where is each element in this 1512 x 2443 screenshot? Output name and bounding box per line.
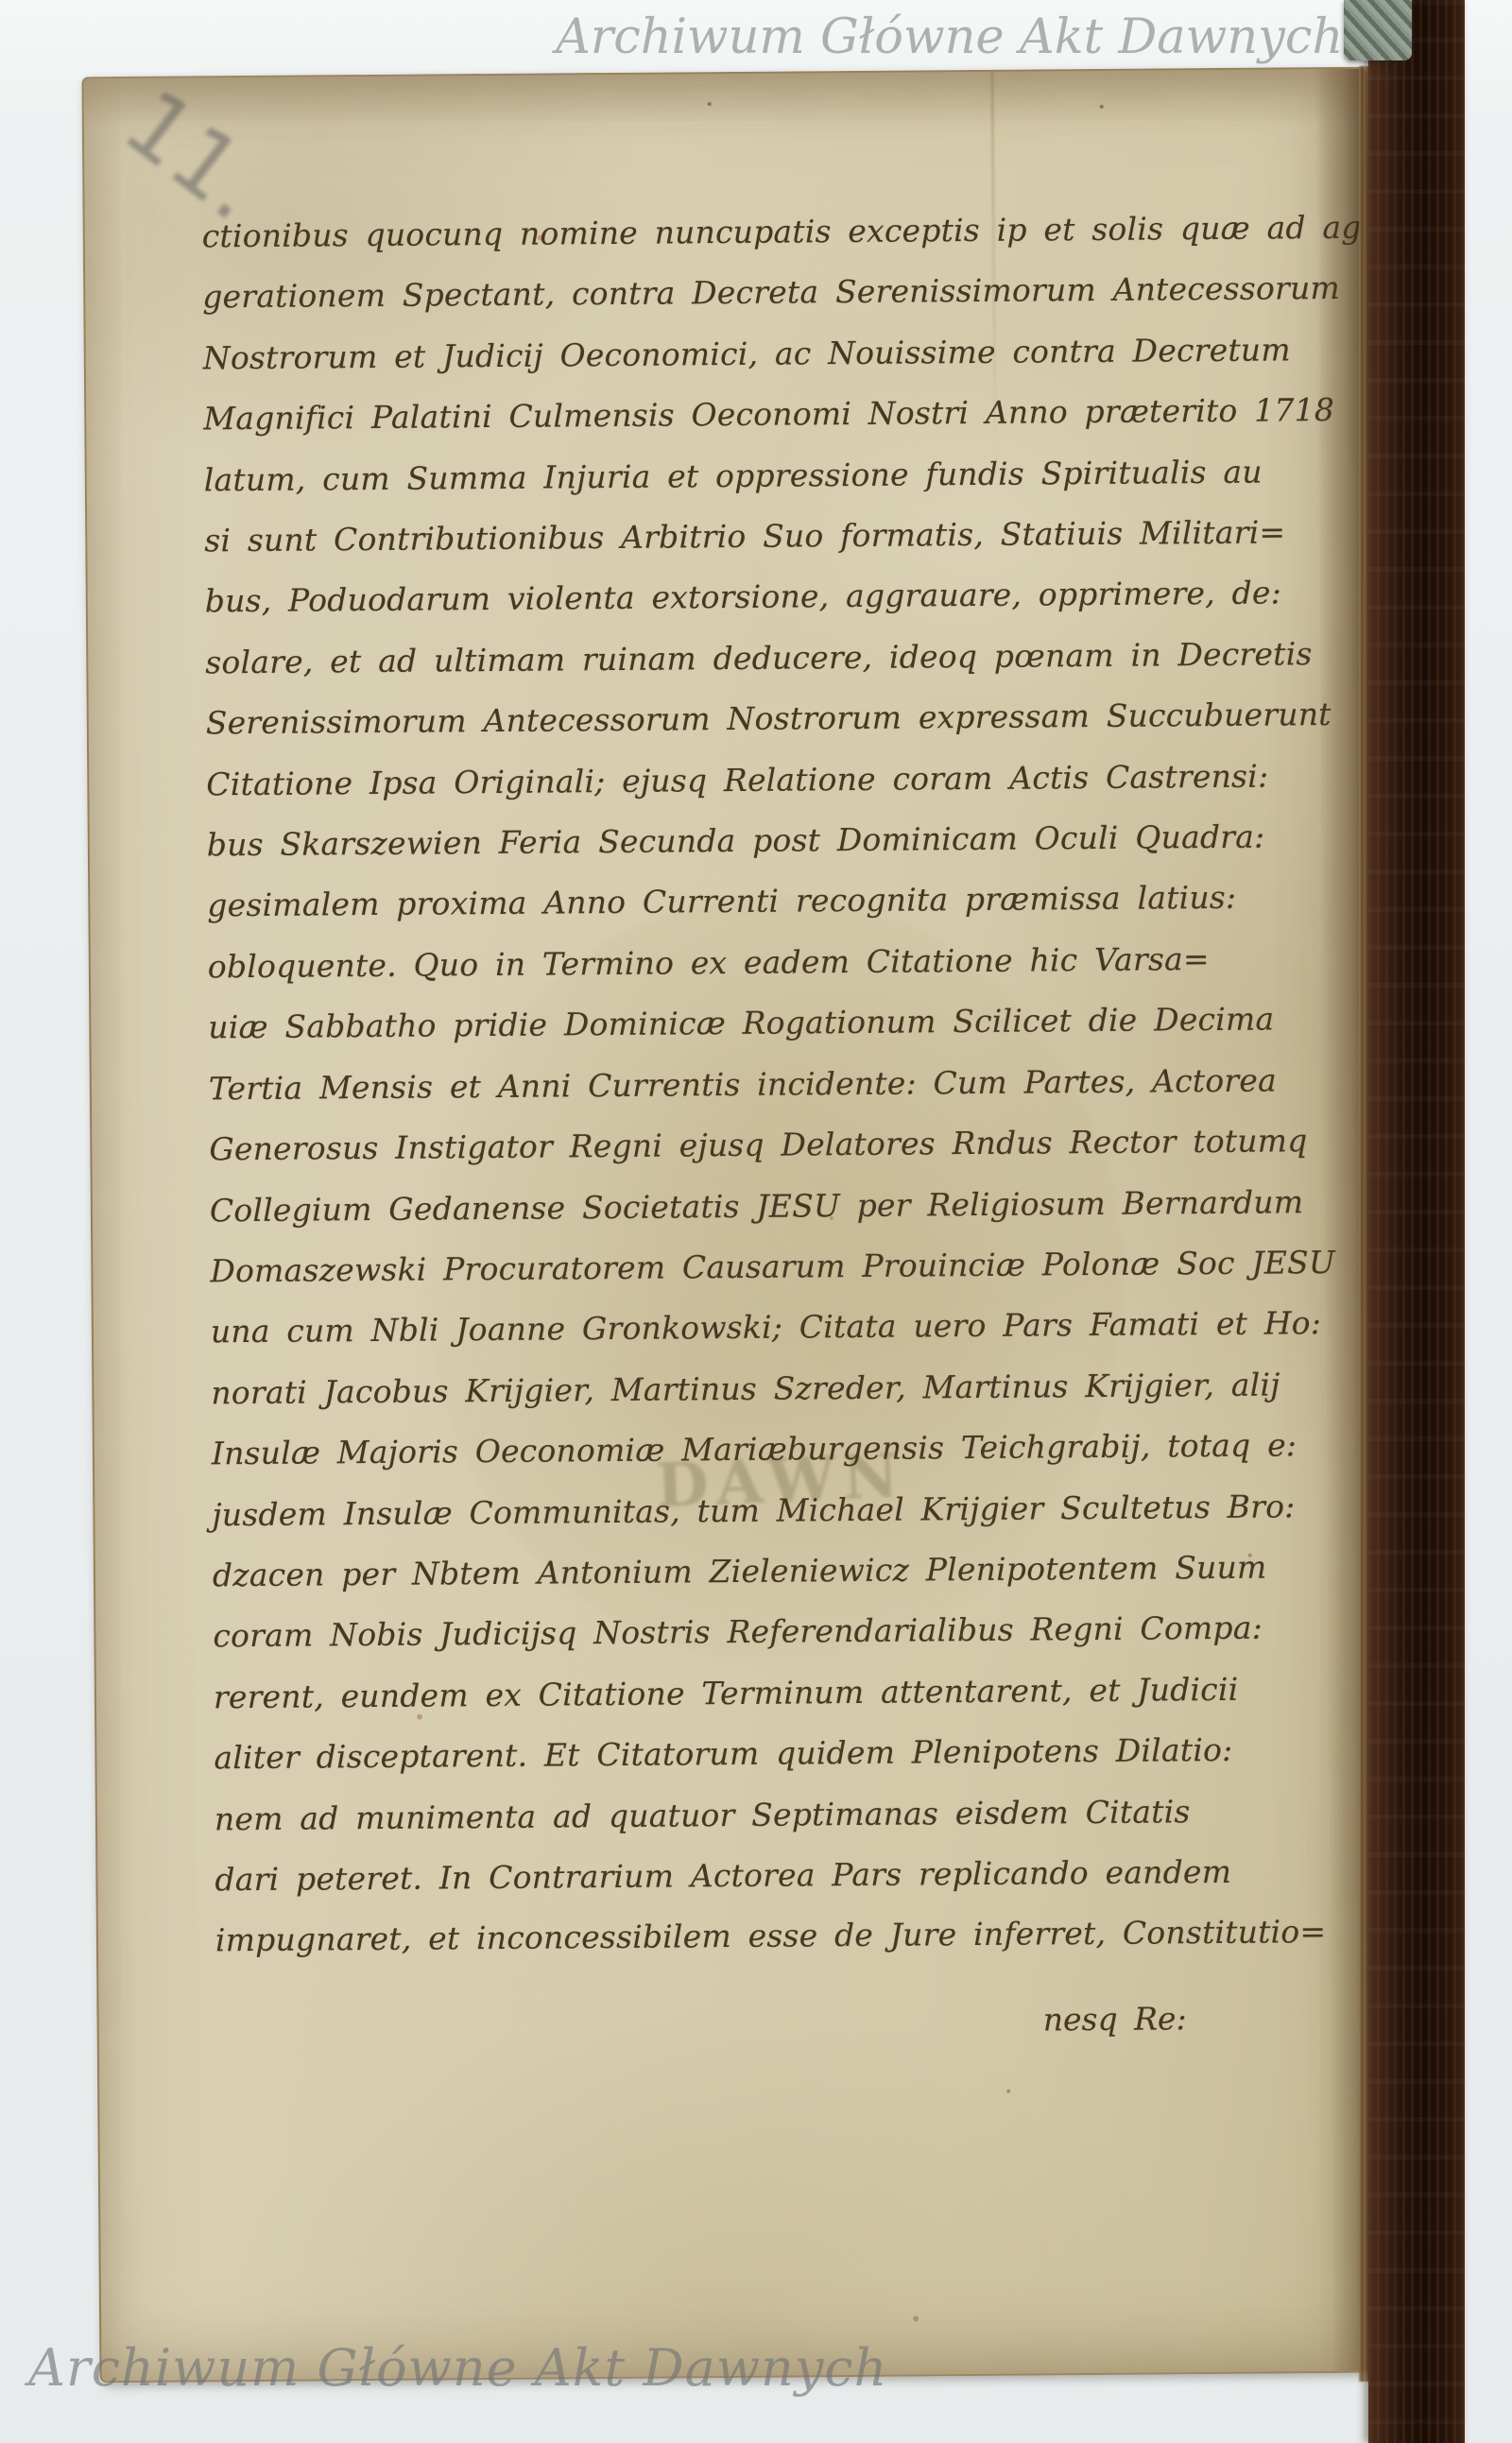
catchword: nesq Re:: [1043, 2000, 1187, 2038]
manuscript-line: gesimalem proxima Anno Currenti recognit…: [207, 867, 1350, 937]
manuscript-line: bus, Poduodarum violenta extorsione, agg…: [205, 562, 1349, 632]
manuscript-line: Generosus Instigator Regni ejusq Delator…: [209, 1110, 1352, 1180]
manuscript-line: obloquente. Quo in Termino ex eadem Cita…: [208, 928, 1351, 998]
manuscript-line: dzacen per Nbtem Antonium Zieleniewicz P…: [213, 1537, 1356, 1607]
manuscript-line: ctionibus quocunq nomine nuncupatis exce…: [202, 198, 1346, 267]
manuscript-line: Citatione Ipsa Originali; ejusq Relation…: [206, 746, 1349, 816]
manuscript-line: Magnifici Palatini Culmensis Oeconomi No…: [203, 380, 1347, 450]
manuscript-line: jusdem Insulæ Communitas, tum Michael Kr…: [212, 1475, 1355, 1545]
manuscript-line: una cum Nbli Joanne Gronkowski; Citata u…: [211, 1293, 1354, 1363]
scanned-archive-document: Archiwum Główne Akt Dawnych DAWN 11. cti…: [0, 0, 1512, 2443]
manuscript-line: Insulæ Majoris Oeconomiæ Mariæburgensis …: [212, 1415, 1355, 1485]
manuscript-line: Tertia Mensis et Anni Currentis incident…: [209, 1050, 1352, 1120]
manuscript-line: gerationem Spectant, contra Decreta Sere…: [202, 258, 1346, 328]
manuscript-line: Domaszewski Procuratorem Causarum Prouin…: [210, 1232, 1353, 1302]
manuscript-line: rerent, eundem ex Citatione Terminum att…: [214, 1659, 1357, 1729]
manuscript-line: bus Skarszewien Feria Secunda post Domin…: [207, 806, 1350, 876]
manuscript-line: si sunt Contributionibus Arbitrio Suo fo…: [204, 502, 1348, 572]
manuscript-line: aliter disceptarent. Et Citatorum quidem…: [214, 1719, 1357, 1789]
archive-watermark-top: Archiwum Główne Akt Dawnych: [556, 9, 1343, 65]
manuscript-line: impugnaret, et inconcessibilem esse de J…: [215, 1901, 1359, 1971]
manuscript-line: Nostrorum et Judicij Oeconomici, ac Noui…: [203, 319, 1347, 389]
manuscript-text-block: ctionibus quocunq nomine nuncupatis exce…: [202, 198, 1360, 1971]
manuscript-line: norati Jacobus Krijgier, Martinus Szrede…: [211, 1354, 1354, 1424]
paper-specks: [708, 102, 712, 106]
manuscript-line: latum, cum Summa Injuria et oppressione …: [204, 440, 1348, 510]
manuscript-line: dari peteret. In Contrarium Actorea Pars…: [215, 1841, 1358, 1911]
manuscript-line: solare, et ad ultimam ruinam deducere, i…: [205, 624, 1349, 694]
manuscript-line: nem ad munimenta ad quatuor Septimanas e…: [215, 1780, 1358, 1849]
manuscript-line: coram Nobis Judicijsq Nostris Referendar…: [213, 1597, 1356, 1667]
manuscript-page: DAWN 11. ctionibus quocunq nomine nuncup…: [81, 67, 1384, 2383]
book-binding: [1368, 0, 1465, 2443]
archive-watermark-bottom: Archiwum Główne Akt Dawnych: [28, 2338, 887, 2398]
manuscript-line: Serenissimorum Antecessorum Nostrorum ex…: [206, 684, 1349, 754]
endband-weave: [1344, 0, 1412, 60]
manuscript-line: uiæ Sabbatho pridie Dominicæ Rogationum …: [208, 989, 1351, 1058]
manuscript-line: Collegium Gedanense Societatis JESU per …: [210, 1171, 1353, 1241]
